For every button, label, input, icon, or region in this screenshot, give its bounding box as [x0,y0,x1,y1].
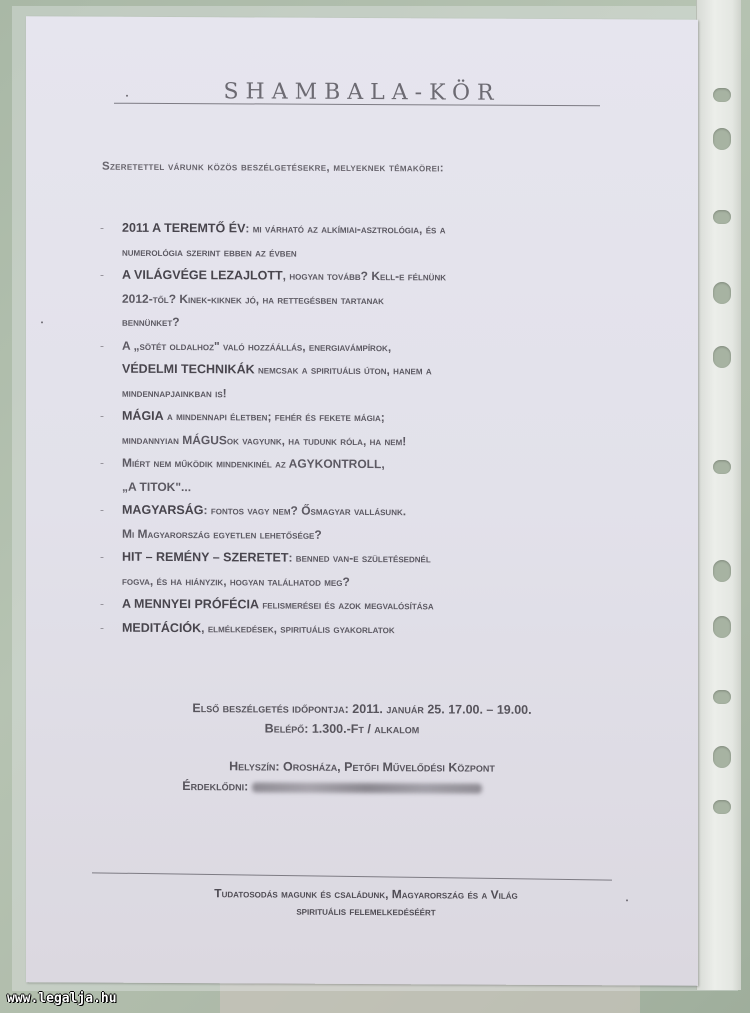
topic-line: „A TITOK"... [122,475,622,501]
topic-line: fogva, és ha hiányzik, hogyan találhatod… [122,569,622,595]
flyer-paper: SHAMBALA-KÖR Szeretettel várunk közös be… [26,16,698,986]
topic-line: -HIT – REMÉNY – SZERETET: benned van-e s… [122,546,622,572]
topic-line: -MEDITÁCIÓK, elmélkedések, spirituális g… [122,616,622,642]
speck [41,321,43,323]
topic-line: numerológia szerint ebben az évben [122,240,622,266]
topic-highlight: HIT – REMÉNY – SZERETET [122,550,288,565]
topic-text: : fontos vagy nem? Ősmagyar vallásunk. [204,503,407,518]
footer-text: Tudatosodás magunk és családunk, Magyaro… [86,885,646,922]
punch-hole [713,128,731,150]
bullet-icon: - [100,499,104,523]
entry-fee-text: Belépő: 1.300.-Ft / alkalom [0,720,698,738]
topic-text: , hogyan tovább? Kell-e félnünk [283,269,446,284]
topic-line: mindannyian MÁGUSok vagyunk, ha tudunk r… [122,428,622,454]
topic-list: -2011 A TEREMTŐ ÉV: mi várható az alkími… [122,217,622,643]
punch-hole [713,690,731,704]
topic-text: fogva, és ha hiányzik, hogyan találhatod… [122,573,350,588]
topic-highlight: VÉDELMI TECHNIKÁK [122,362,255,377]
topic-line: -A „sötét oldalhoz" való hozzáállás, ene… [122,334,622,360]
topic-text: A „sötét oldalhoz" való hozzáállás, ener… [122,338,391,353]
topic-line: -A VILÁGVÉGE LEZAJLOTT, hogyan tovább? K… [122,264,622,290]
topic-text: Miért nem működik mindenkinél az AGYKONT… [122,456,385,471]
topic-line: 2012-től? Kinek-kiknek jó, ha rettegésbe… [122,287,622,313]
venue-text: Helyszín: Orosháza, Petőfi Művelődési Kö… [26,758,698,776]
topic-highlight: MÁGIA [122,409,164,423]
topic-line: -A MENNYEI PRÓFÉCIA felismerései és azok… [122,593,622,619]
topic-line: -MÁGIA a mindennapi életben; fehér és fe… [122,405,622,431]
punch-hole [713,616,731,638]
watermark: www.legalja.hu [7,991,117,1006]
topic-line: -2011 A TEREMTŐ ÉV: mi várható az alkími… [122,217,622,243]
topic-text: bennünket? [122,315,180,329]
topic-highlight: A VILÁGVÉGE LEZAJLOTT [122,268,283,283]
topic-text: : mi várható az alkímiai-asztrológia, és… [245,221,445,236]
punch-hole [713,282,731,304]
topic-text: , elmélkedések, spirituális gyakorlatok [201,621,394,636]
bullet-icon: - [100,405,104,429]
topic-text: 2012-től? Kinek-kiknek jó, ha rettegésbe… [122,291,384,306]
topic-line: VÉDELMI TECHNIKÁK nemcsak a spirituális … [122,358,622,384]
speck [626,899,628,901]
topic-text: : benned van-e születésednél [288,551,430,566]
punch-hole [713,746,731,768]
contact-redacted [252,782,482,793]
punch-hole [713,560,731,582]
topic-line: Mi Magyarország egyetlen lehetősége? [122,522,622,548]
topic-text: numerológia szerint ebben az évben [122,244,297,259]
topic-text: felismerései és azok megvalósítása [259,597,434,612]
punch-hole [713,460,731,474]
topic-text: Mi Magyarország egyetlen lehetősége? [122,526,322,541]
topic-line: -MAGYARSÁG: fontos vagy nem? Ősmagyar va… [122,499,622,525]
topic-highlight: 2011 A TEREMTŐ ÉV [122,221,245,236]
topic-line: bennünket? [122,311,622,337]
bullet-icon: - [100,546,104,570]
footer-line-2: spirituális felemelkedéséért [86,902,646,922]
bullet-icon: - [100,264,104,288]
punch-hole [713,88,731,102]
contact-label: Érdeklődni: [182,779,248,793]
flyer-intro: Szeretettel várunk közös beszélgetésekre… [102,161,642,176]
first-session-text: Első beszélgetés időpontja: 2011. január… [26,700,698,718]
punch-hole [713,346,731,368]
bullet-icon: - [100,217,104,241]
topic-text: nemcsak a spirituális úton, hanem a [255,362,432,377]
bullet-icon: - [100,616,104,640]
topic-line: -Miért nem működik mindenkinél az AGYKON… [122,452,622,478]
topic-text: a mindennapi életben; fehér és fekete má… [164,409,385,424]
topic-highlight: MEDITÁCIÓK [122,620,201,634]
bullet-icon: - [100,593,104,617]
topic-highlight: MAGYARSÁG [122,503,204,517]
topic-highlight: A MENNYEI PRÓFÉCIA [122,597,259,612]
bullet-icon: - [100,334,104,358]
topic-text: mindennapjainkban is! [122,385,227,400]
punch-hole [713,800,731,814]
topic-text: „A TITOK"... [122,479,191,493]
topic-line: mindennapjainkban is! [122,381,622,407]
punch-hole [713,210,731,224]
topic-text: mindannyian MÁGUSok vagyunk, ha tudunk r… [122,432,406,447]
contact-line: Érdeklődni: [0,778,698,796]
footer-divider [92,872,612,880]
speck [126,95,128,97]
bullet-icon: - [100,452,104,476]
